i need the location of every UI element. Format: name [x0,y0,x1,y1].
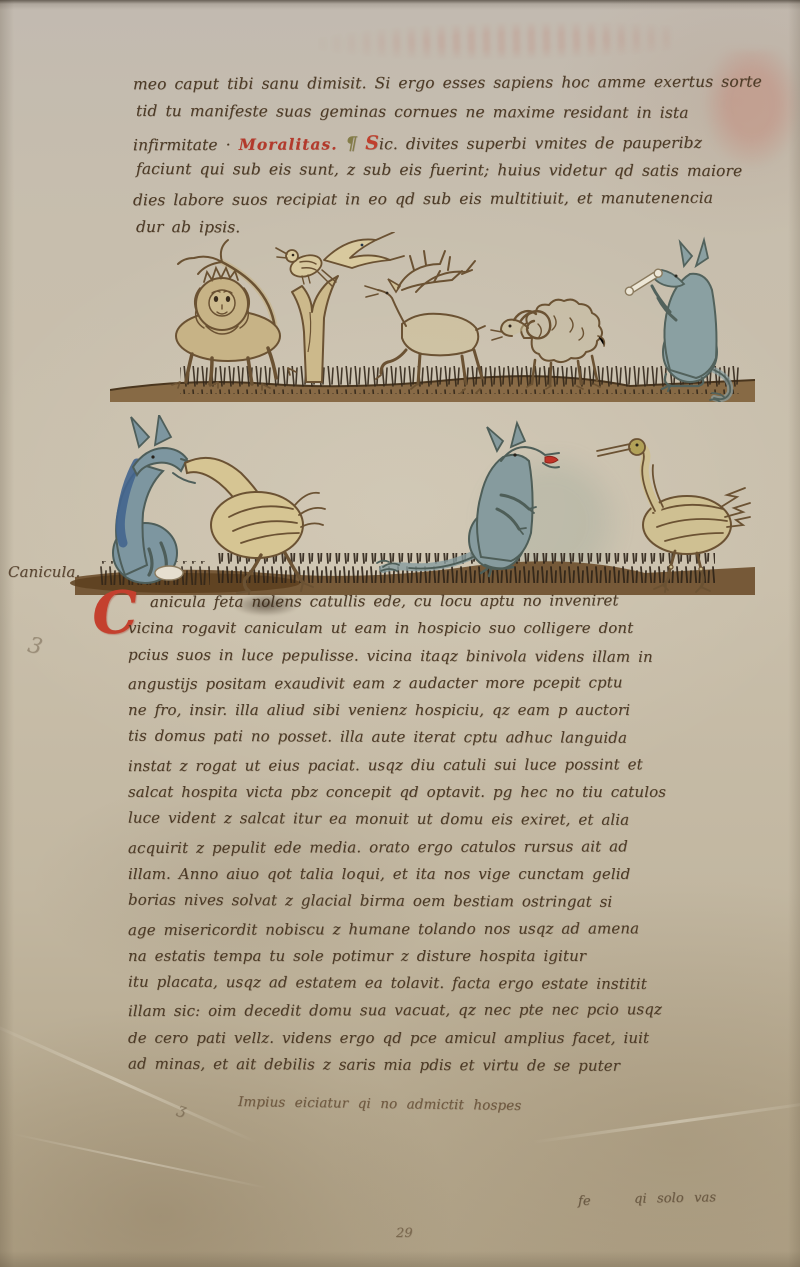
text-line: age misericordit nobiscu z humane toland… [128,918,748,947]
illustration-bottom-wolf-and-crane-fable [45,415,755,595]
text-line: vicina rogavit caniculam ut eam in hospi… [128,619,748,646]
text-line: anicula feta nolens catullis ede, cu loc… [128,591,748,620]
text-line: illam sic: oim decedit domu sua vacuat, … [128,1000,748,1029]
antlers [398,251,475,292]
text-line-with-rubric: infirmitate · Moralitas. ¶ Sic. divites … [133,131,733,163]
text-line: ad minas, et ait debilis z saris mia pdi… [128,1055,748,1085]
folio-number: 29 [396,1226,413,1241]
text-line: salcat hospita victa pbz concepit qd opt… [128,783,748,810]
text-line: tid tu manifeste suas geminas cornues ne… [133,102,733,133]
ground-strip [110,366,755,402]
caption-flourish: ʒ [175,1099,189,1119]
parchment-crease [13,1133,268,1189]
text-line: luce vident z salcat itur ea monuit ut d… [128,809,748,839]
white-shape-under [155,566,183,580]
margin-note-canicula: Canicula. [8,563,80,581]
ink-smudge [233,594,299,616]
bottom-right-marginalia-2: qi solo vas [634,1190,716,1206]
olive-head [629,439,645,455]
text-line: illam. Anno aiuo qot talia loqui, et ita… [128,865,748,892]
text-line: de cero pati vellz. videns ergo qd pce a… [128,1029,748,1056]
tall-ears [131,415,171,447]
perched-bird [276,248,336,286]
red-initial-s: S [365,132,379,154]
text-line: meo caput tibi sanu dimisit. Si ergo ess… [133,73,733,105]
text-line: dies labore suos recipiat in eo qd sub e… [133,189,733,221]
margin-flourish: 3 [25,633,45,661]
red-tongue [545,456,558,463]
text-run: ic. divites superbi vmites de pauperibz [379,134,702,153]
rubric-moralitas: Moralitas. [239,134,338,153]
long-beak [597,444,630,456]
fleece-body [521,300,602,363]
top-text-block: meo caput tibi sanu dimisit. Si ergo ess… [133,74,733,248]
open-mouth [365,286,378,297]
pilcrow-mark: ¶ [346,133,358,154]
text-line: tis domus pati no posset. illa aute iter… [128,727,748,757]
ears [680,240,708,266]
text-line: ne fro, insir. illa aliud sibi venienz h… [128,701,748,728]
text-line: itu placata, usqz ad estatem ea tolavit.… [128,973,748,1003]
text-line: pcius suos in luce pepulisse. vicina ita… [128,645,748,675]
text-line: acquirit z pepulit ede media. orato ergo… [128,837,748,866]
catchline-caption: Impius eiciatur qi no admictit hospes [238,1094,522,1114]
verso-bleedthrough-red-text [318,19,679,63]
parchment-crease [531,1099,800,1144]
text-run: infirmitate · [133,136,231,154]
ass-figure [113,415,201,583]
foliate-tail-tip [178,240,228,274]
manuscript-page: meo caput tibi sanu dimisit. Si ergo ess… [0,0,800,1267]
text-line: instat z rogat ut eius paciat. usqz diu … [128,755,748,784]
text-line: faciunt qui sub eis sunt, z sub eis fuer… [133,160,733,191]
flying-bird [324,232,404,268]
main-text-block: anicula feta nolens catullis ede, cu loc… [128,592,748,1083]
bottom-right-marginalia-1: fe [578,1194,591,1209]
text-line: na estatis tempa tu sole potimur z distu… [128,947,748,974]
illustration-top-animal-procession [110,232,755,402]
text-line: borias nives solvat z glacial birma oem … [128,891,748,921]
text-line: angustijs positam exaudivit eam z audact… [128,673,748,702]
